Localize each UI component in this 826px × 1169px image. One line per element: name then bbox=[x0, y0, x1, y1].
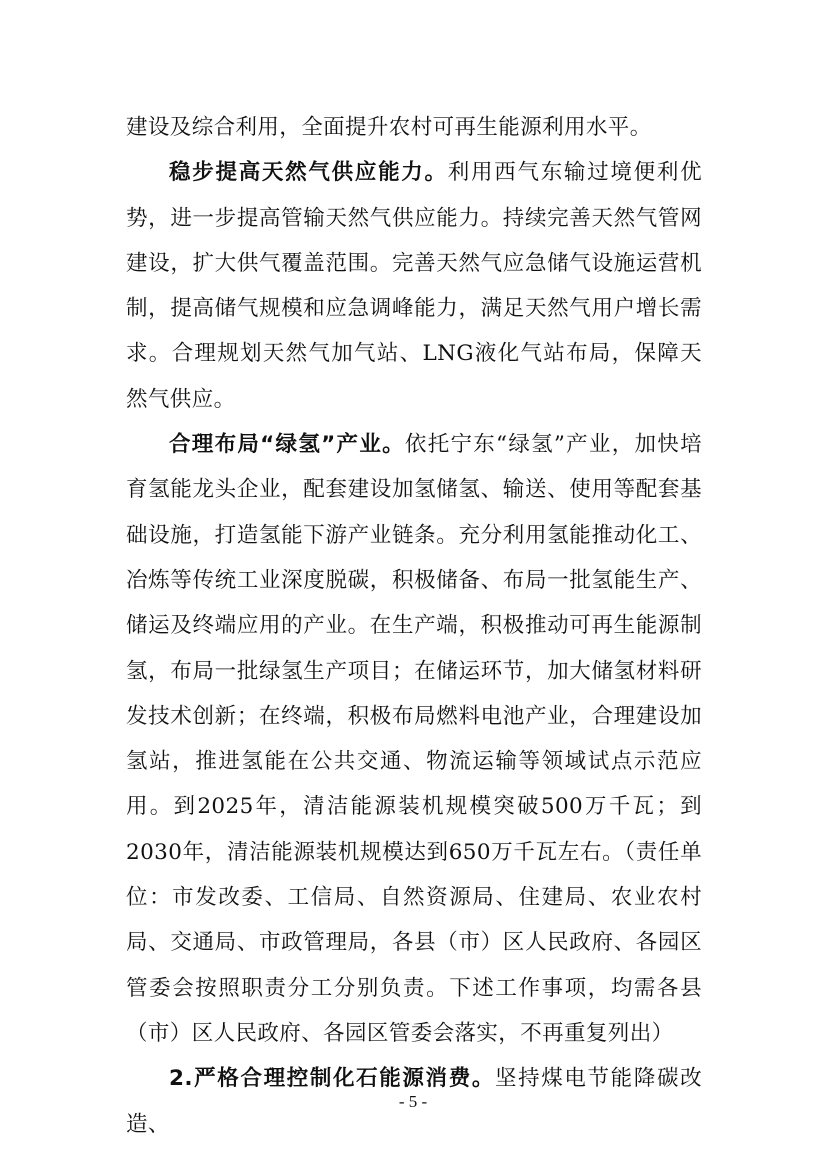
paragraph-green-hydrogen: 合理布局“绿氢”产业。依托宁东“绿氢”产业，加快培育氢能龙头企业，配套建设加氢储… bbox=[126, 422, 702, 1056]
document-page: 建设及综合利用，全面提升农村可再生能源利用水平。 稳步提高天然气供应能力。利用西… bbox=[0, 0, 826, 1169]
paragraph-text: 利用西气东输过境便利优势，进一步提高管输天然气供应能力。持续完善天然气管网建设，… bbox=[126, 160, 702, 411]
paragraph-heading: 2.严格合理控制化石能源消费。 bbox=[169, 1066, 495, 1091]
paragraph-text: 建设及综合利用，全面提升农村可再生能源利用水平。 bbox=[126, 115, 652, 140]
paragraph-rural-renewable: 建设及综合利用，全面提升农村可再生能源利用水平。 bbox=[126, 105, 702, 150]
paragraph-natural-gas: 稳步提高天然气供应能力。利用西气东输过境便利优势，进一步提高管输天然气供应能力。… bbox=[126, 150, 702, 422]
paragraph-text: 依托宁东“绿氢”产业，加快培育氢能龙头企业，配套建设加氢储氢、输送、使用等配套基… bbox=[126, 432, 702, 1046]
paragraph-heading: 稳步提高天然气供应能力。 bbox=[169, 160, 448, 185]
paragraph-heading: 合理布局“绿氢”产业。 bbox=[169, 432, 405, 457]
page-number: - 5 - bbox=[0, 1092, 826, 1112]
document-body: 建设及综合利用，全面提升农村可再生能源利用水平。 稳步提高天然气供应能力。利用西… bbox=[126, 105, 702, 1147]
